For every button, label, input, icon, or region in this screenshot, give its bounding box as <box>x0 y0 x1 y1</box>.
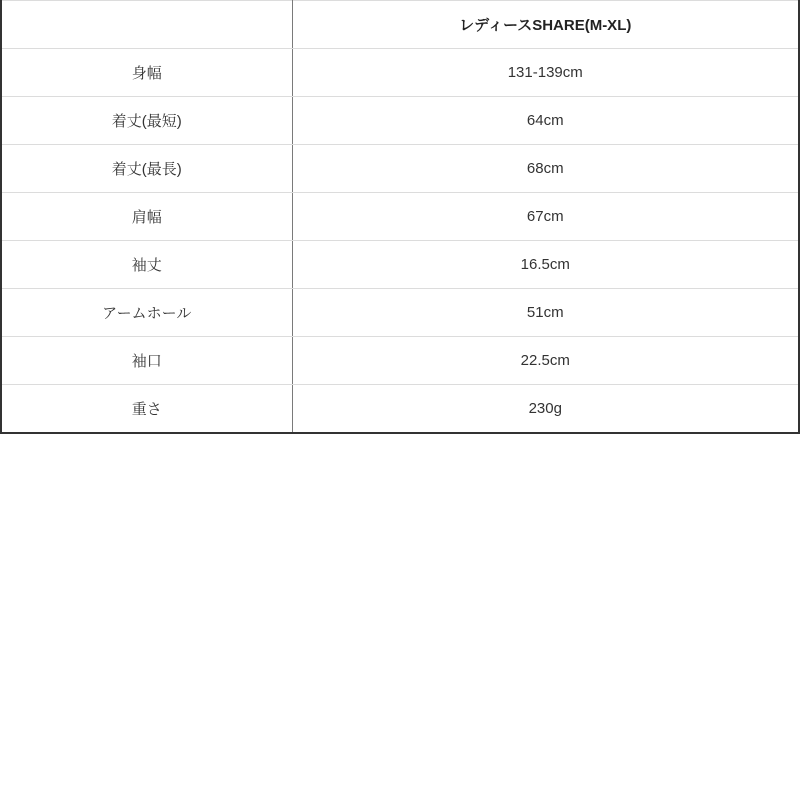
row-label-cuff: 袖口 <box>1 337 292 385</box>
table-row: 着丈(最短) 64cm <box>1 97 799 145</box>
row-label-sleeve-length: 袖丈 <box>1 241 292 289</box>
row-value-body-width: 131-139cm <box>292 49 799 97</box>
row-label-length-shortest: 着丈(最短) <box>1 97 292 145</box>
row-value-cuff: 22.5cm <box>292 337 799 385</box>
row-value-length-shortest: 64cm <box>292 97 799 145</box>
row-label-length-longest: 着丈(最長) <box>1 145 292 193</box>
table-row: 袖丈 16.5cm <box>1 241 799 289</box>
table-row: 重さ 230g <box>1 385 799 433</box>
row-value-length-longest: 68cm <box>292 145 799 193</box>
table-row: 着丈(最長) 68cm <box>1 145 799 193</box>
row-value-weight: 230g <box>292 385 799 433</box>
row-value-sleeve-length: 16.5cm <box>292 241 799 289</box>
table-row: 肩幅 67cm <box>1 193 799 241</box>
table-row: アームホール 51cm <box>1 289 799 337</box>
row-value-armhole: 51cm <box>292 289 799 337</box>
size-chart-table: レディースSHARE(M-XL) 身幅 131-139cm 着丈(最短) 64c… <box>0 0 800 434</box>
row-label-shoulder-width: 肩幅 <box>1 193 292 241</box>
table-row: 身幅 131-139cm <box>1 49 799 97</box>
header-size-column: レディースSHARE(M-XL) <box>292 1 799 49</box>
row-value-shoulder-width: 67cm <box>292 193 799 241</box>
table-row: 袖口 22.5cm <box>1 337 799 385</box>
row-label-weight: 重さ <box>1 385 292 433</box>
header-corner-cell <box>1 1 292 49</box>
row-label-armhole: アームホール <box>1 289 292 337</box>
row-label-body-width: 身幅 <box>1 49 292 97</box>
table-header-row: レディースSHARE(M-XL) <box>1 1 799 49</box>
